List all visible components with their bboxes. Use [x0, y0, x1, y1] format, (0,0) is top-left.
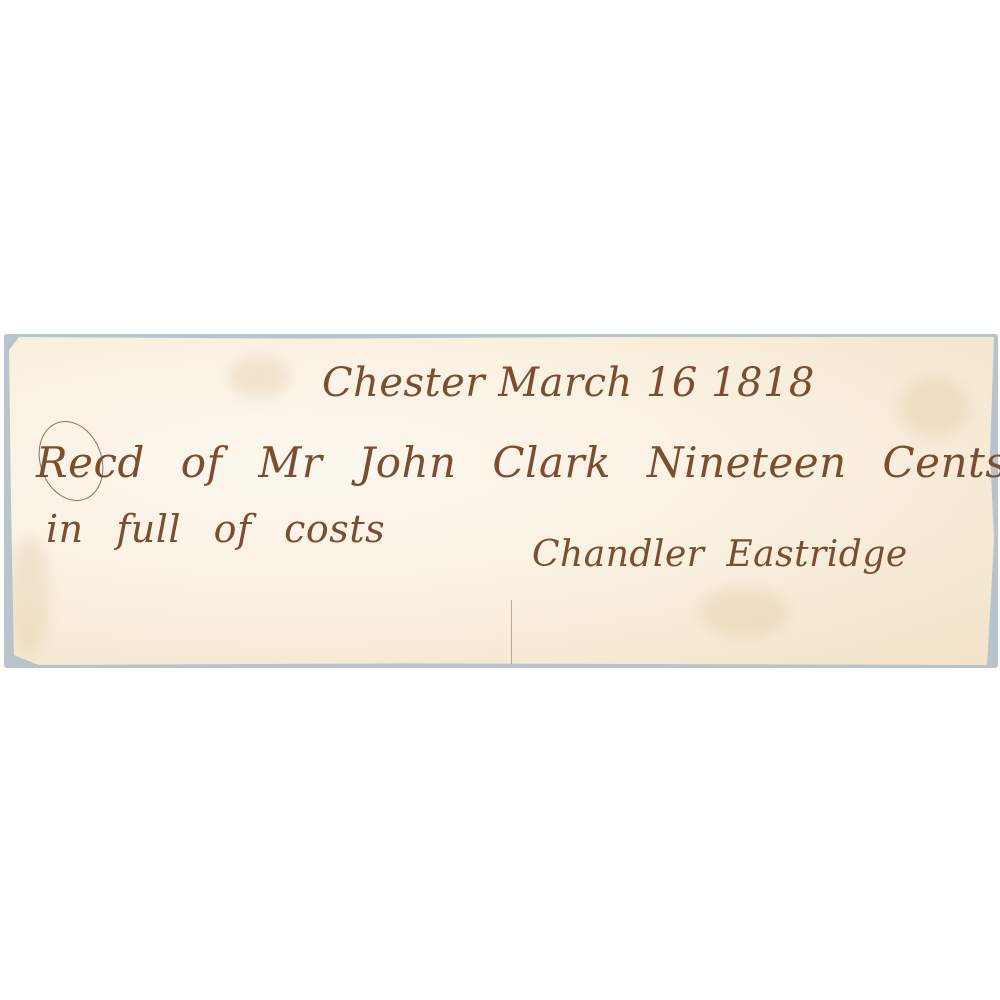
paper-stain: [9, 537, 49, 657]
dateline: Chester March 16 1818: [322, 360, 815, 406]
receipt-body-line-1: Recd of Mr John Clark Nineteen Cents: [36, 438, 1000, 487]
paper-stain: [699, 587, 789, 637]
receipt-body-line-2: in full of costs: [46, 507, 385, 551]
paper-stain: [229, 357, 289, 397]
fold-crease: [511, 600, 512, 664]
signature: Chandler Eastridge: [532, 534, 908, 575]
paper-stain: [899, 377, 969, 437]
